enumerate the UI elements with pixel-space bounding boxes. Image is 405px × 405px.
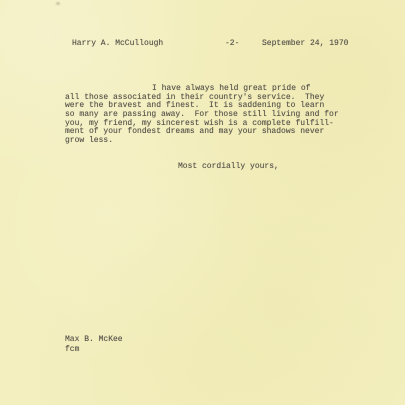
paper-stain (56, 2, 60, 5)
closing-line: Most cordially yours, (178, 162, 279, 171)
letter-body: I have always held great pride of all th… (65, 85, 355, 145)
typist-initials: fcm (65, 345, 123, 355)
signature-block: Max B. McKee fcm (65, 335, 123, 354)
signature-name: Max B. McKee (65, 335, 123, 345)
page-number: -2- (225, 39, 239, 48)
recipient-name: Harry A. McCullough (72, 39, 163, 48)
letter-header: Harry A. McCullough -2- September 24, 19… (0, 39, 405, 49)
letter-date: September 24, 1970 (262, 39, 348, 48)
body-line: grow less. (65, 137, 355, 146)
letter-page: Harry A. McCullough -2- September 24, 19… (0, 0, 405, 405)
